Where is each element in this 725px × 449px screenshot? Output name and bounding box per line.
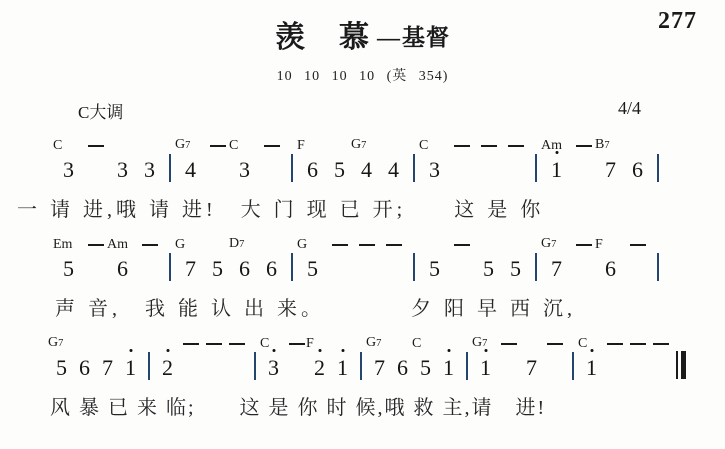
- chord-quality: 7: [604, 140, 609, 151]
- dash-rule: [206, 343, 222, 345]
- note: 1: [119, 354, 142, 381]
- note: G77: [368, 354, 391, 381]
- note-text: 4: [388, 156, 399, 183]
- note-text: 7: [551, 255, 562, 282]
- octave-dot: [129, 349, 132, 352]
- sustain-dash: [380, 255, 407, 282]
- notation-system: C333G74C3F65G744C3Am1B776一 请 进,哦 请 进! 大 …: [55, 131, 725, 220]
- sustain-dash: [82, 255, 109, 282]
- barline: [407, 152, 421, 182]
- octave-dot: [341, 349, 344, 352]
- sustain-dash: [448, 156, 475, 183]
- note: Am1: [543, 156, 570, 183]
- note-text: 1: [586, 354, 597, 381]
- lyrics-line: 声 音, 我 能 认 出 来。 夕 阳 早 西 沉,: [55, 292, 725, 319]
- barline: [248, 350, 262, 380]
- note-text: 1: [125, 354, 136, 381]
- note-text: 4: [185, 156, 196, 183]
- barline-rule: [291, 154, 293, 182]
- chord-label: G: [297, 238, 307, 252]
- dash-rule: [229, 343, 245, 345]
- hymn-page: 277 羡 慕—基督 10 10 10 10 (英 354) C大调 4/4 C…: [0, 0, 725, 449]
- lyrics-line: 风 暴 已 来 临; 这 是 你 时 候,哦 救 主,请 进!: [50, 391, 725, 418]
- note: C3: [421, 156, 448, 183]
- page-number: 277: [658, 8, 697, 35]
- chord-label: F: [306, 337, 314, 351]
- note: G74: [353, 156, 380, 183]
- barline: [354, 350, 368, 380]
- chord-label: C: [412, 337, 421, 351]
- final-barline-thick: [681, 351, 686, 379]
- chord-label: Am: [107, 238, 128, 252]
- dash-rule: [547, 343, 563, 345]
- title-row: 羡 慕—基督: [0, 0, 725, 56]
- chord-label: D7: [229, 237, 244, 252]
- octave-dot: [318, 349, 321, 352]
- sustain-dash: [543, 354, 566, 381]
- note-text: 4: [361, 156, 372, 183]
- dash-rule: [501, 343, 517, 345]
- note-text: 7: [526, 354, 537, 381]
- note: 6: [391, 354, 414, 381]
- octave-dot: [484, 349, 487, 352]
- note: G71: [474, 354, 497, 381]
- note-text: 5: [63, 255, 74, 282]
- barline-rule: [572, 352, 574, 380]
- note-text: 5: [429, 255, 440, 282]
- dash-rule: [653, 343, 669, 345]
- barline-rule: [413, 154, 415, 182]
- note: C5: [414, 354, 437, 381]
- note: 6: [73, 354, 96, 381]
- barline: [651, 251, 665, 281]
- sustain-dash: [326, 255, 353, 282]
- note-text: 2: [162, 354, 173, 381]
- sustain-dash: [603, 354, 626, 381]
- note: G77: [543, 255, 570, 282]
- barline: [529, 251, 543, 281]
- note-text: 3: [268, 354, 279, 381]
- octave-dot: [166, 349, 169, 352]
- chord-label: C: [53, 139, 62, 153]
- chord-label: G7: [366, 336, 381, 351]
- chord-label: G7: [175, 138, 190, 153]
- systems: C333G74C3F65G744C3Am1B776一 请 进,哦 请 进! 大 …: [0, 131, 725, 418]
- note-text: 7: [605, 156, 616, 183]
- note-text: 7: [374, 354, 385, 381]
- hymn-title: 羡 慕: [275, 21, 371, 54]
- note: G7: [177, 255, 204, 282]
- dash-rule: [576, 145, 592, 147]
- sustain-dash: [82, 156, 109, 183]
- barline-rule: [254, 352, 256, 380]
- note-text: 6: [397, 354, 408, 381]
- chord-label: F: [297, 139, 305, 153]
- chord-quality: 7: [185, 140, 190, 151]
- note-text: 5: [56, 354, 67, 381]
- barline-rule: [535, 253, 537, 281]
- note-text: 7: [102, 354, 113, 381]
- key-signature: C大调: [78, 98, 123, 123]
- sustain-dash: [497, 354, 520, 381]
- chord-label: B7: [595, 138, 610, 153]
- dash-rule: [508, 145, 524, 147]
- note: 6: [624, 156, 651, 183]
- dash-rule: [359, 244, 375, 246]
- octave-dot: [555, 151, 558, 154]
- note: D76: [231, 255, 258, 282]
- note: 4: [380, 156, 407, 183]
- dash-rule: [454, 244, 470, 246]
- dash-rule: [454, 145, 470, 147]
- note: 5: [326, 156, 353, 183]
- note: C3: [262, 354, 285, 381]
- barline: [566, 350, 580, 380]
- note: C1: [580, 354, 603, 381]
- chord-label: G7: [541, 237, 556, 252]
- music-line: Em5Am6G75D766G5555G77F6: [55, 230, 725, 282]
- octave-dot: [447, 349, 450, 352]
- chord-label: C: [419, 139, 428, 153]
- note: G5: [299, 255, 326, 282]
- note-text: 6: [632, 156, 643, 183]
- barline: [460, 350, 474, 380]
- note: C3: [55, 156, 82, 183]
- barline-rule: [657, 154, 659, 182]
- meter-line: 10 10 10 10 (英 354): [0, 65, 725, 85]
- dash-rule: [210, 145, 226, 147]
- sustain-dash: [626, 354, 649, 381]
- notation-system: G756712C3F21G776C51G717C1风 暴 已 来 临; 这 是 …: [50, 329, 725, 418]
- sustain-dash: [202, 354, 225, 381]
- octave-dot: [272, 349, 275, 352]
- barline-rule: [413, 253, 415, 281]
- chord-quality: 7: [482, 338, 487, 349]
- note: F6: [597, 255, 624, 282]
- dash-rule: [264, 145, 280, 147]
- sustain-dash: [225, 354, 248, 381]
- chord-label: C: [578, 337, 587, 351]
- note: 3: [109, 156, 136, 183]
- note-text: 1: [443, 354, 454, 381]
- dash-rule: [576, 244, 592, 246]
- note-text: 5: [420, 354, 431, 381]
- barline-rule: [535, 154, 537, 182]
- dash-rule: [386, 244, 402, 246]
- note-text: 5: [510, 255, 521, 282]
- note: Em5: [55, 255, 82, 282]
- note: 2: [156, 354, 179, 381]
- chord-label: Em: [53, 238, 72, 252]
- chord-quality: 7: [376, 338, 381, 349]
- note-text: 3: [429, 156, 440, 183]
- barline-rule: [360, 352, 362, 380]
- sustain-dash: [353, 255, 380, 282]
- time-signature: 4/4: [618, 98, 641, 123]
- sustain-dash: [624, 255, 651, 282]
- note-text: 5: [307, 255, 318, 282]
- dash-rule: [607, 343, 623, 345]
- hymn-title-suffix: 基督: [402, 25, 450, 50]
- chord-label: G7: [48, 336, 63, 351]
- note-text: 1: [337, 354, 348, 381]
- note: 3: [136, 156, 163, 183]
- note-text: 6: [266, 255, 277, 282]
- note: 1: [437, 354, 460, 381]
- sustain-dash: [448, 255, 475, 282]
- sustain-dash: [179, 354, 202, 381]
- sustain-dash: [204, 156, 231, 183]
- chord-label: G: [175, 238, 185, 252]
- chord-label: C: [260, 337, 269, 351]
- key-row: C大调 4/4: [0, 98, 725, 123]
- sustain-dash: [136, 255, 163, 282]
- barline: [163, 251, 177, 281]
- note: 5: [204, 255, 231, 282]
- dash-rule: [289, 343, 305, 345]
- chord-label: F: [595, 238, 603, 252]
- lyrics-line: 一 请 进,哦 请 进! 大 门 现 已 开; 这 是 你: [17, 193, 725, 220]
- dash-rule: [481, 145, 497, 147]
- note: C3: [231, 156, 258, 183]
- note: F6: [299, 156, 326, 183]
- note-text: 3: [239, 156, 250, 183]
- barline-rule: [169, 154, 171, 182]
- sustain-dash: [649, 354, 672, 381]
- note: G75: [50, 354, 73, 381]
- sustain-dash: [285, 354, 308, 381]
- note: 6: [258, 255, 285, 282]
- note-text: 6: [79, 354, 90, 381]
- note-text: 6: [117, 255, 128, 282]
- note-text: 3: [144, 156, 155, 183]
- barline: [285, 152, 299, 182]
- final-barline: [672, 350, 690, 380]
- note-text: 6: [307, 156, 318, 183]
- notation-system: Em5Am6G75D766G5555G77F6声 音, 我 能 认 出 来。 夕…: [55, 230, 725, 319]
- chord-quality: 7: [551, 239, 556, 250]
- chord-quality: 7: [361, 140, 366, 151]
- dash-rule: [88, 145, 104, 147]
- title-dash: —: [377, 25, 400, 50]
- sustain-dash: [570, 156, 597, 183]
- dash-rule: [332, 244, 348, 246]
- note-text: 5: [212, 255, 223, 282]
- note-text: 2: [314, 354, 325, 381]
- note-text: 3: [63, 156, 74, 183]
- note-text: 3: [117, 156, 128, 183]
- chord-label: G7: [351, 138, 366, 153]
- octave-dot: [590, 349, 593, 352]
- chord-label: Am: [541, 139, 562, 153]
- barline-rule: [291, 253, 293, 281]
- chord-quality: 7: [58, 338, 63, 349]
- barline: [529, 152, 543, 182]
- note-text: 7: [185, 255, 196, 282]
- note: G74: [177, 156, 204, 183]
- note: 5: [421, 255, 448, 282]
- barline: [651, 152, 665, 182]
- barline-rule: [466, 352, 468, 380]
- dash-rule: [183, 343, 199, 345]
- sustain-dash: [570, 255, 597, 282]
- note: F2: [308, 354, 331, 381]
- music-line: C333G74C3F65G744C3Am1B776: [55, 131, 725, 183]
- barline-rule: [657, 253, 659, 281]
- note: 1: [331, 354, 354, 381]
- dash-rule: [88, 244, 104, 246]
- note-text: 6: [239, 255, 250, 282]
- note: 5: [502, 255, 529, 282]
- chord-label: C: [229, 139, 238, 153]
- dash-rule: [630, 244, 646, 246]
- dash-rule: [142, 244, 158, 246]
- sustain-dash: [258, 156, 285, 183]
- dash-rule: [630, 343, 646, 345]
- note: B77: [597, 156, 624, 183]
- barline: [142, 350, 156, 380]
- barline-rule: [148, 352, 150, 380]
- note: 7: [96, 354, 119, 381]
- sustain-dash: [475, 156, 502, 183]
- barline: [285, 251, 299, 281]
- chord-quality: 7: [239, 239, 244, 250]
- note: Am6: [109, 255, 136, 282]
- final-barline-thin: [676, 351, 678, 379]
- note-text: 5: [334, 156, 345, 183]
- note-text: 1: [480, 354, 491, 381]
- note-text: 6: [605, 255, 616, 282]
- note-text: 1: [551, 156, 562, 183]
- barline: [163, 152, 177, 182]
- note: 5: [475, 255, 502, 282]
- note-text: 5: [483, 255, 494, 282]
- barline: [407, 251, 421, 281]
- music-line: G756712C3F21G776C51G717C1: [50, 329, 725, 381]
- sustain-dash: [502, 156, 529, 183]
- note: 7: [520, 354, 543, 381]
- barline-rule: [169, 253, 171, 281]
